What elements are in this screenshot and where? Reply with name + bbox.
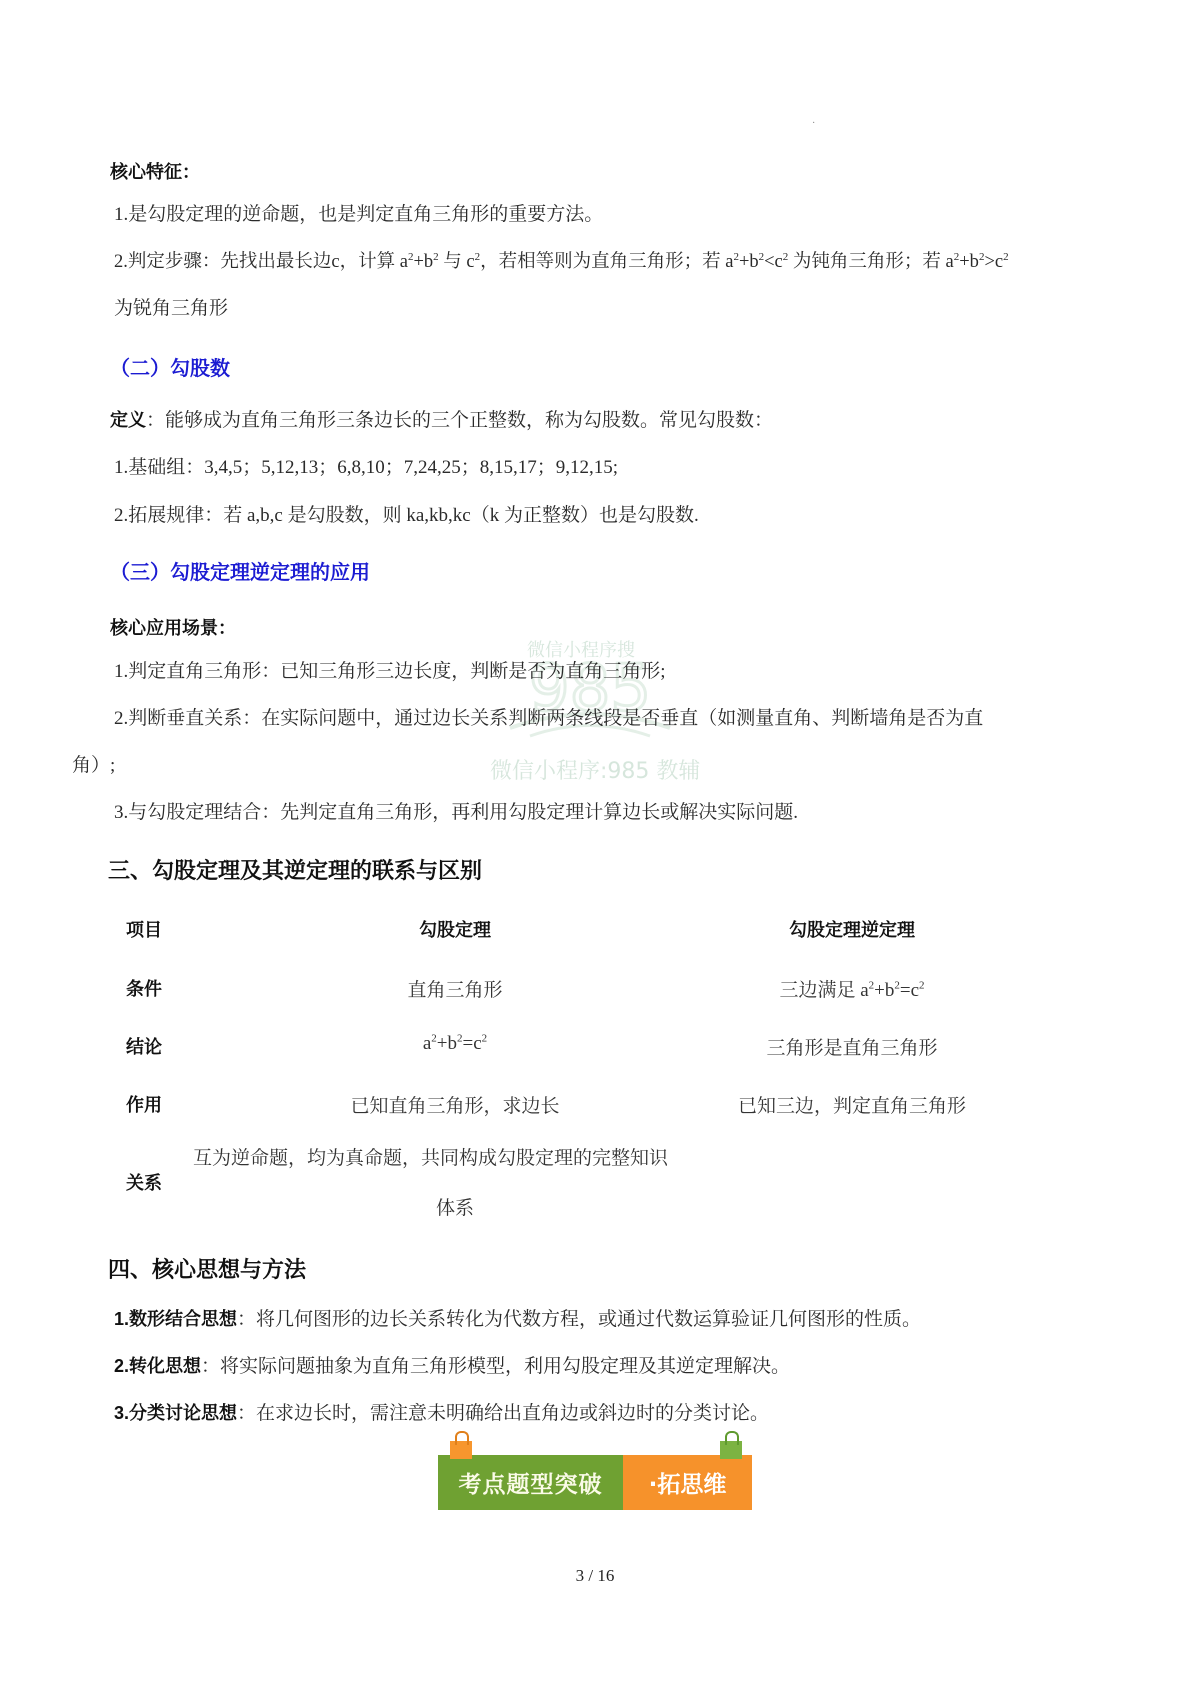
triples-definition: 定义：能够成为直角三角形三条边长的三个正整数，称为勾股数。常见勾股数：	[110, 408, 773, 433]
method-label-3: 3.分类讨论思想	[114, 1403, 237, 1423]
methods-heading: 四、核心思想与方法	[108, 1253, 306, 1284]
triples-item-2: 2.拓展规律：若 a,b,c 是勾股数，则 ka,kb,kc（k 为正整数）也是…	[114, 504, 699, 528]
application-item-3: 3.与勾股定理结合：先判定直角三角形，再利用勾股定理计算边长或解决实际问题.	[114, 801, 798, 825]
table-header-converse: 勾股定理逆定理	[789, 916, 915, 942]
top-mark: ·	[812, 118, 815, 129]
table-cell-usage-theorem: 已知直角三角形，求边长	[350, 1091, 559, 1118]
triples-heading: （二）勾股数	[110, 352, 230, 381]
table-row-label-conclusion: 结论	[126, 1033, 162, 1059]
application-item-2-cont: 角）;	[72, 754, 115, 778]
table-cell-conclusion-converse: 三角形是直角三角形	[766, 1033, 937, 1060]
triples-item-1: 1.基础组：3,4,5；5,12,13；6,8,10；7,24,25；8,15,…	[114, 456, 618, 480]
table-cell-usage-converse: 已知三边，判定直角三角形	[738, 1091, 966, 1118]
table-row-label-usage: 作用	[126, 1091, 162, 1117]
table-cell-condition-theorem: 直角三角形	[407, 975, 502, 1002]
banner-left-label: 考点题型突破	[438, 1455, 623, 1510]
definition-text: ：能够成为直角三角形三条边长的三个正整数，称为勾股数。常见勾股数：	[146, 410, 773, 431]
table-cell-conclusion-theorem: a2+b2=c2	[423, 1033, 487, 1055]
comparison-heading: 三、勾股定理及其逆定理的联系与区别	[108, 854, 482, 885]
method-label-2: 2.转化思想	[114, 1356, 201, 1376]
application-heading: （三）勾股定理逆定理的应用	[110, 556, 370, 585]
method-label-1: 1.数形结合思想	[114, 1309, 237, 1329]
watermark-bottom-text: 微信小程序:985 教辅	[490, 754, 700, 785]
application-item-1: 1.判定直角三角形：已知三角形三边长度，判断是否为直角三角形;	[114, 660, 666, 684]
page-number: 3 / 16	[576, 1566, 615, 1586]
method-text-2: ：将实际问题抽象为直角三角形模型，利用勾股定理及其逆定理解决。	[201, 1356, 790, 1377]
table-row-label-condition: 条件	[126, 975, 162, 1001]
application-scenes-label: 核心应用场景：	[110, 614, 236, 640]
table-cell-relation-line2: 体系	[436, 1193, 474, 1220]
table-cell-relation-line1: 互为逆命题，均为真命题，共同构成勾股定理的完整知识	[193, 1143, 668, 1170]
method-item-2: 2.转化思想：将实际问题抽象为直角三角形模型，利用勾股定理及其逆定理解决。	[114, 1354, 790, 1379]
method-item-1: 1.数形结合思想：将几何图形的边长关系转化为代数方程，或通过代数运算验证几何图形…	[114, 1307, 921, 1332]
table-header-item: 项目	[126, 916, 162, 942]
table-header-theorem: 勾股定理	[419, 916, 491, 942]
banner-right-label: ·拓思维	[623, 1455, 752, 1510]
binder-clip-green-icon	[720, 1441, 742, 1459]
method-text-3: ：在求边长时，需注意未明确给出直角边或斜边时的分类讨论。	[237, 1403, 769, 1424]
table-row-label-relation: 关系	[126, 1169, 162, 1195]
converse-item-2: 2.判定步骤：先找出最长边c，计算 a2+b2 与 c2，若相等则为直角三角形；…	[114, 250, 1009, 274]
definition-label: 定义	[110, 410, 146, 430]
converse-item-2-cont: 为锐角三角形	[114, 297, 228, 321]
method-item-3: 3.分类讨论思想：在求边长时，需注意未明确给出直角边或斜边时的分类讨论。	[114, 1401, 769, 1426]
binder-clip-orange-icon	[450, 1441, 472, 1459]
core-features-label: 核心特征：	[110, 158, 200, 184]
section-banner: 考点题型突破 ·拓思维	[438, 1455, 752, 1510]
method-text-1: ：将几何图形的边长关系转化为代数方程，或通过代数运算验证几何图形的性质。	[237, 1309, 921, 1330]
application-item-2: 2.判断垂直关系：在实际问题中，通过边长关系判断两条线段是否垂直（如测量直角、判…	[114, 707, 983, 731]
table-cell-condition-converse: 三边满足 a2+b2=c2	[779, 975, 924, 1002]
converse-item-1: 1.是勾股定理的逆命题，也是判定直角三角形的重要方法。	[114, 203, 603, 227]
